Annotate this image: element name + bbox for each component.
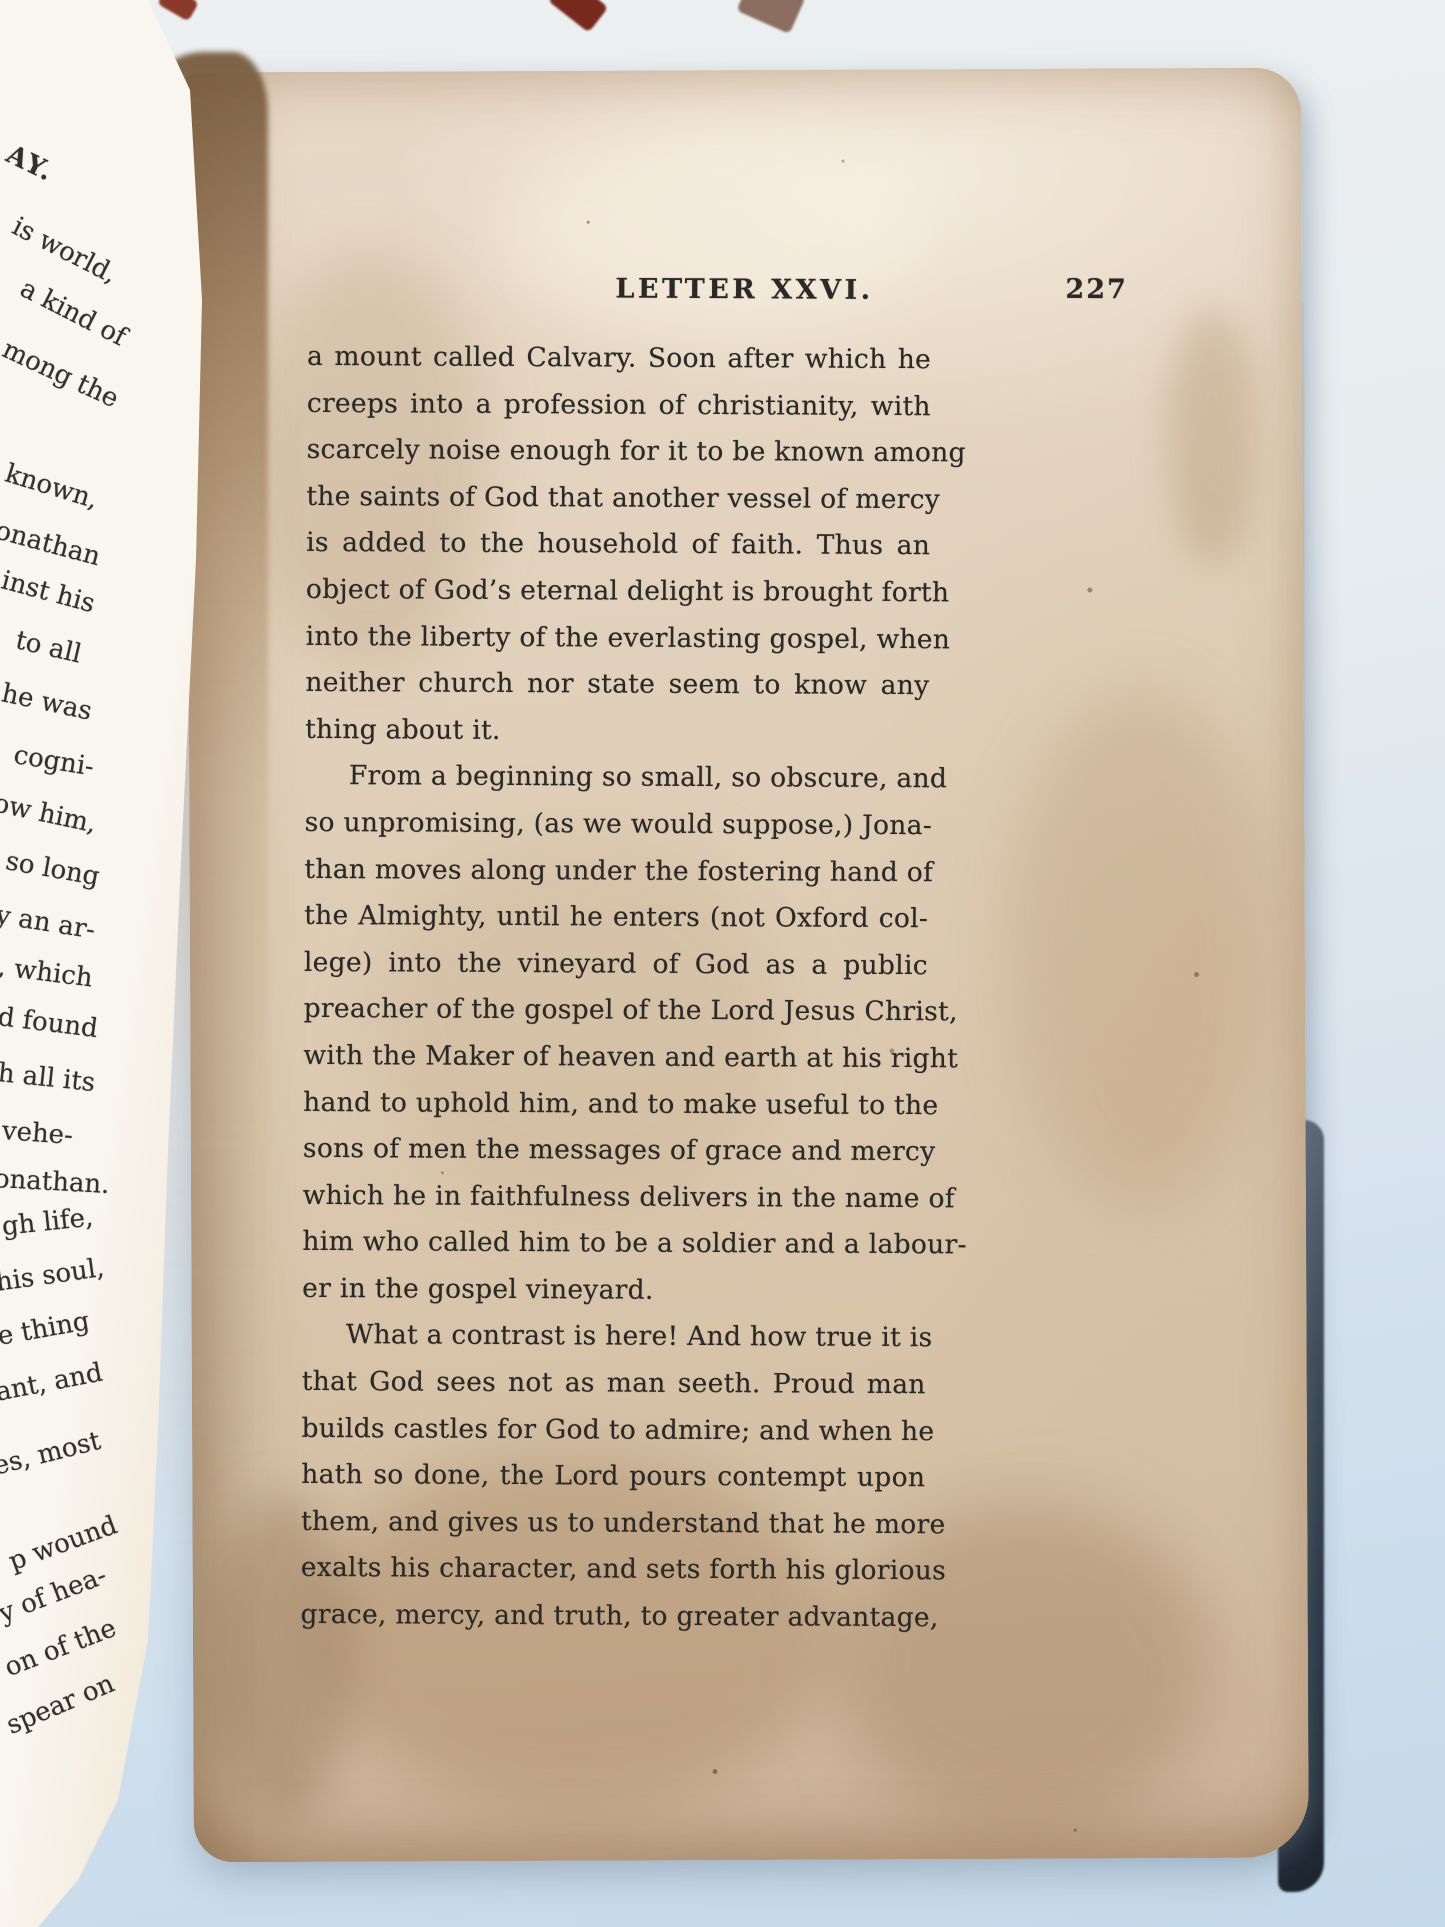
fragment-text: h all its (0, 1058, 97, 1098)
text-line: the Almighty, until he enters (not Oxfor… (304, 893, 928, 943)
page-content: LETTER XXVI. 227 a mount called Calvary.… (186, 71, 1303, 1862)
text-line: with the Maker of heaven and earth at hi… (303, 1033, 927, 1083)
text-line: than moves along under the fostering han… (304, 846, 928, 896)
text-line: into the liberty of the everlasting gosp… (306, 613, 930, 663)
fragment-text: onathan. (0, 1164, 110, 1200)
fragment-text: inst his (0, 566, 98, 620)
fragment-text: cogni- (12, 740, 96, 782)
fragment-text: ant, and (0, 1358, 105, 1408)
fragment-text: y an ar- (0, 900, 97, 945)
page-text: a mount called Calvary. Soon after which… (300, 334, 931, 1642)
fragment-text: p wound (5, 1510, 121, 1577)
text-line: him who called him to be a soldier and a… (302, 1219, 926, 1269)
text-line: preacher of the gospel of the Lord Jesus… (304, 986, 928, 1036)
fragment-text: ow him, (0, 788, 99, 839)
fragment-text: AY. (1, 140, 58, 189)
text-line: sons of men the messages of grace and me… (303, 1126, 927, 1176)
text-line: scarcely noise enough for it to be known… (306, 427, 930, 477)
fragment-text: , which (0, 952, 94, 993)
fragment-text: gh life, (0, 1203, 94, 1242)
text-line: that God sees not as man seeth. Proud ma… (302, 1359, 926, 1409)
book-photo: LETTER XXVI. 227 a mount called Calvary.… (0, 0, 1445, 1927)
fragment-text: e thing (0, 1306, 92, 1352)
fragment-text: to all (13, 625, 85, 669)
text-line: object of God’s eternal delight is broug… (306, 567, 930, 617)
text-line: creeps into a profession of christianity… (307, 381, 931, 431)
text-line: them, and gives us to understand that he… (301, 1499, 925, 1549)
running-head: LETTER XXVI. (615, 274, 873, 306)
fragment-text: he was (0, 678, 95, 726)
text-line: neither church nor state seem to know an… (305, 660, 929, 710)
fragment-text: es, most (0, 1426, 104, 1482)
fragment-text: a kind of (15, 274, 131, 353)
text-line: er in the gospel vineyard. (302, 1266, 926, 1316)
text-line: hand to uphold him, and to make useful t… (303, 1079, 927, 1129)
binding-mark (736, 0, 805, 34)
text-line: What a contrast is here! And how true it… (302, 1312, 926, 1362)
fragment-text: vehe- (1, 1116, 74, 1151)
text-line: builds castles for God to admire; and wh… (301, 1406, 925, 1456)
text-line: a mount called Calvary. Soon after which… (307, 334, 931, 384)
binding-mark (548, 0, 609, 33)
text-line: exalts his character, and sets forth his… (301, 1545, 925, 1595)
text-line: thing about it. (305, 707, 929, 757)
fragment-text: so long (3, 846, 101, 892)
fragment-text: his soul, (0, 1253, 106, 1298)
fragment-text: onathan (0, 516, 104, 573)
text-line: which he in faithfulness delivers in the… (303, 1173, 927, 1223)
text-line: so unpromising, (as we would suppose,) J… (305, 800, 929, 850)
binding-mark (157, 0, 199, 22)
fragment-text: is world, (7, 212, 122, 290)
fragment-text: d found (0, 1002, 99, 1044)
text-line: the saints of God that another vessel of… (306, 474, 930, 524)
text-line: hath so done, the Lord pours contempt up… (301, 1452, 925, 1502)
text-line: lege) into the vineyard of God as a publ… (304, 940, 928, 990)
text-line: From a beginning so small, so obscure, a… (305, 753, 929, 803)
page-number: 227 (1065, 274, 1128, 305)
fragment-text: known, (2, 459, 102, 516)
text-line: is added to the household of faith. Thus… (306, 520, 930, 570)
text-line: grace, mercy, and truth, to greater adva… (300, 1592, 924, 1642)
book-page: LETTER XXVI. 227 a mount called Calvary.… (186, 68, 1309, 1863)
